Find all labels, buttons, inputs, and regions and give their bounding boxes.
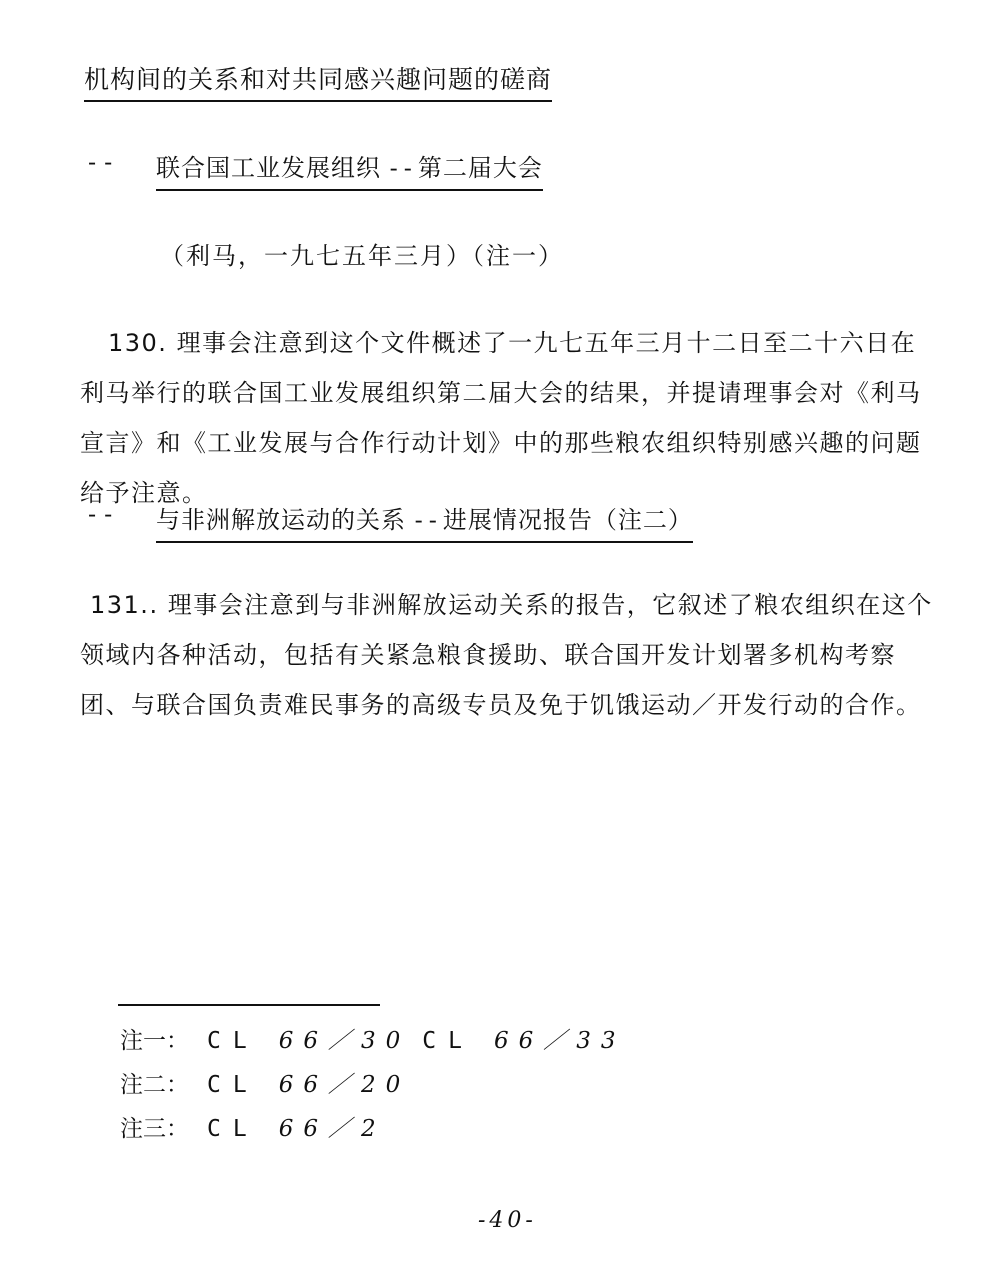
subsection-2-title-part1: 与非洲解放运动的关系 <box>156 506 406 534</box>
footnote-label: 注三： <box>120 1116 189 1142</box>
page-number: -40- <box>478 1208 537 1233</box>
subsection-1-title-part1: 联合国工业发展组织 <box>156 154 381 182</box>
subsection-1-place-date: （利马，一九七五年三月）（注一） <box>160 236 564 271</box>
subsection-1-dash: -- <box>88 148 120 176</box>
footnote-code: CL <box>422 1028 474 1054</box>
subsection-2-title: 与非洲解放运动的关系 --进展情况报告（注二） <box>156 500 693 543</box>
paragraph-number: 130. <box>108 329 167 357</box>
subsection-1-title-part2: 第二届大会 <box>418 154 543 182</box>
footnote-3: 注三：CL66／2 <box>120 1110 386 1143</box>
paragraph-text: 理事会注意到这个文件概述了一九七五年三月十二日至二十六日在利马举行的联合国工业发… <box>80 329 922 507</box>
subsection-2-title-dash: -- <box>415 506 443 534</box>
footnote-ref: 66／33 <box>494 1028 626 1054</box>
footnote-divider <box>118 1004 380 1006</box>
footnote-2: 注二：CL66／20 <box>120 1066 410 1099</box>
subsection-2-title-part2: 进展情况报告（注二） <box>443 506 693 534</box>
section-title: 机构间的关系和对共同感兴趣问题的磋商 <box>84 60 552 102</box>
footnote-ref: 66／30 <box>279 1028 411 1054</box>
paragraph-131: 131.. 理事会注意到与非洲解放运动关系的报告，它叙述了粮农组织在这个领域内各… <box>80 580 940 730</box>
footnote-code: CL <box>207 1116 259 1142</box>
paragraph-130: 130. 理事会注意到这个文件概述了一九七五年三月十二日至二十六日在利马举行的联… <box>80 318 940 518</box>
subsection-1-title-dash: -- <box>390 154 418 182</box>
footnote-code: CL <box>207 1028 259 1054</box>
footnote-ref: 66／20 <box>279 1072 411 1098</box>
paragraph-number: 131.. <box>90 591 159 619</box>
footnote-code: CL <box>207 1072 259 1098</box>
subsection-2-dash: -- <box>88 500 120 528</box>
footnote-label: 注一： <box>120 1028 189 1054</box>
footnote-label: 注二： <box>120 1072 189 1098</box>
footnote-ref: 66／2 <box>279 1116 386 1142</box>
footnote-1: 注一：CL66／30CL66／33 <box>120 1022 626 1055</box>
paragraph-text: 理事会注意到与非洲解放运动关系的报告，它叙述了粮农组织在这个领域内各种活动，包括… <box>80 591 933 719</box>
subsection-1-title: 联合国工业发展组织 --第二届大会 <box>156 148 543 191</box>
